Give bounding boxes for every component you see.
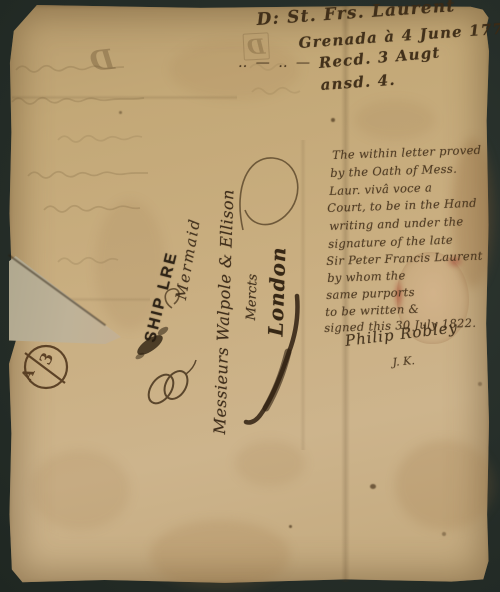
probate-note-line: by whom the: [327, 268, 406, 285]
ink-spot: [331, 118, 335, 122]
docket-dashes: ‥ — ‥ —: [238, 55, 312, 71]
ink-spot: [370, 484, 376, 489]
stain: [150, 520, 290, 590]
address-block: Messieurs Walpole & Ellison Mercts Londo…: [210, 144, 320, 437]
ink-spot: [119, 111, 122, 114]
photograph-mat: D D 3 A: [0, 0, 500, 592]
ink-spot: [442, 532, 446, 536]
probate-signature-suffix: J. K.: [392, 354, 415, 369]
stain: [355, 100, 435, 140]
ink-spot: [478, 382, 482, 386]
address-line-2: Mercts: [244, 274, 261, 321]
stain: [235, 440, 305, 486]
stain: [395, 440, 495, 530]
stain: [30, 450, 130, 530]
ghost-letter-d: D: [88, 43, 116, 78]
address-line-3: London: [263, 246, 290, 337]
ink-spot: [289, 525, 292, 528]
